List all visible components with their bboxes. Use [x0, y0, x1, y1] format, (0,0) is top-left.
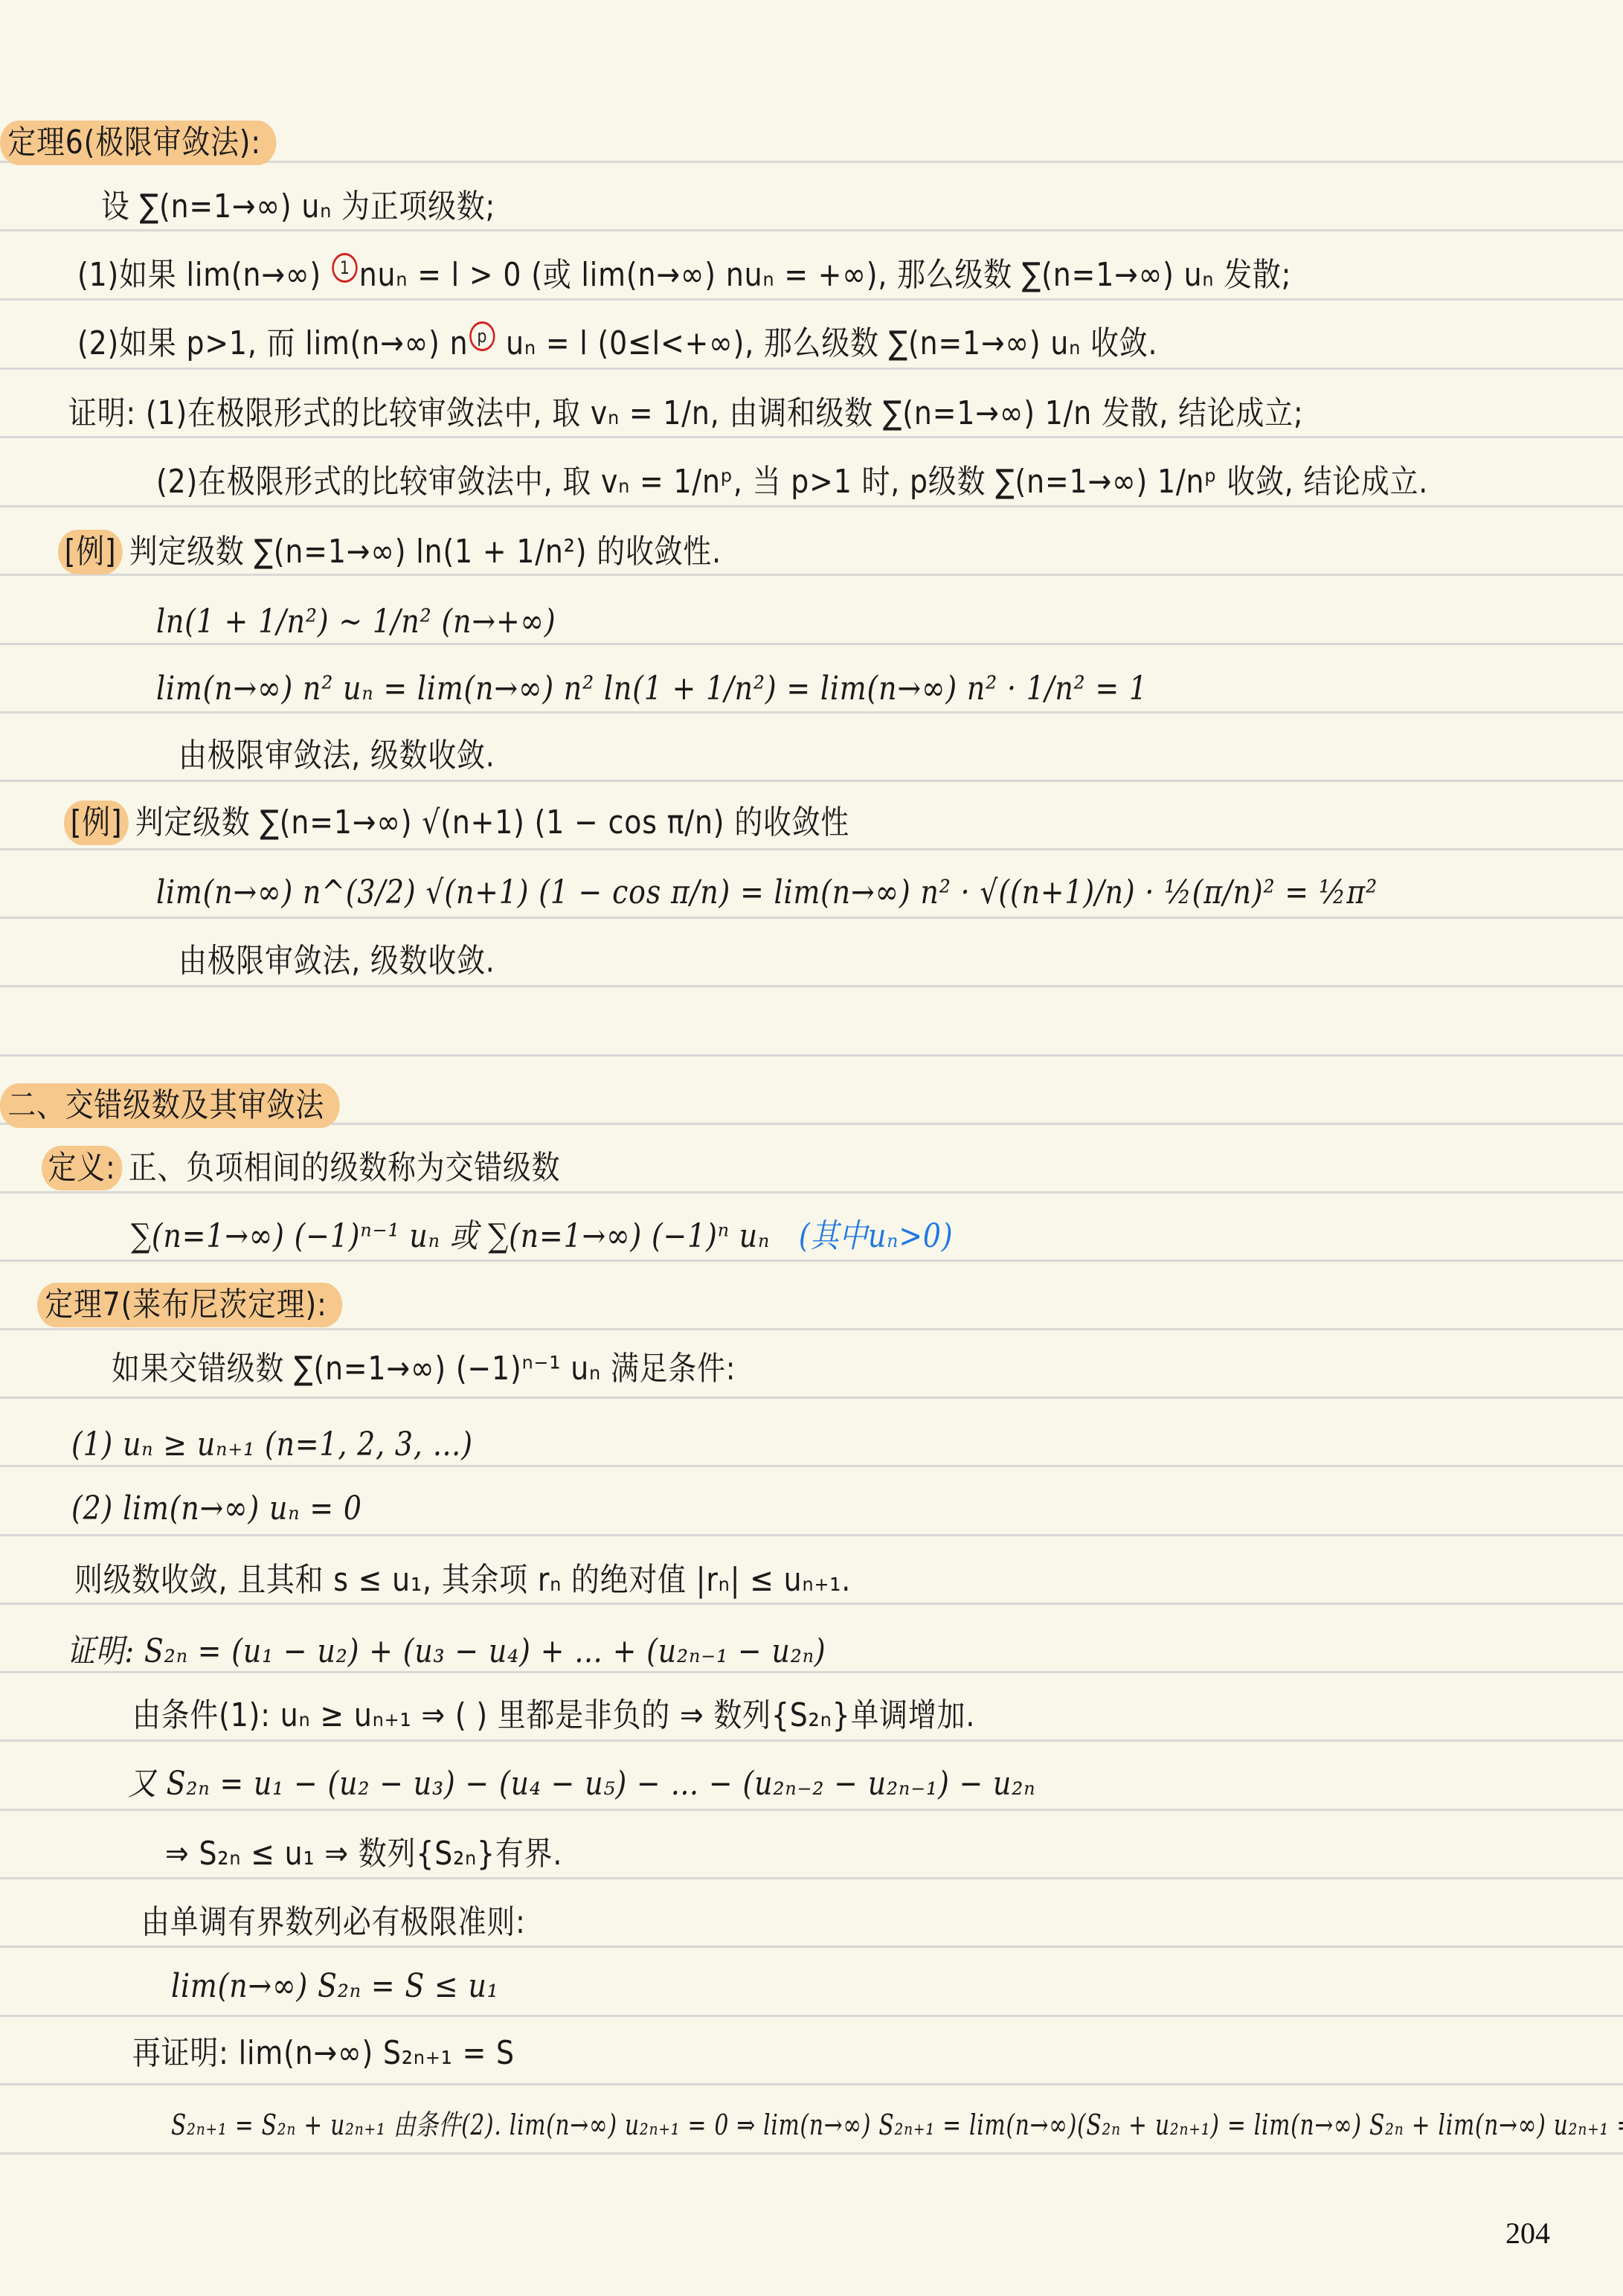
- example2-step1: lim(n→∞) n^(3/2) √(n+1) (1 − cos π/n) = …: [156, 870, 1378, 915]
- theorem7-cond1: (1) uₙ ≥ uₙ₊₁ (n=1, 2, 3, …): [71, 1423, 473, 1467]
- marker-circle-1: 1: [332, 253, 358, 283]
- rule-line: [0, 1809, 1623, 1811]
- rule-line: [0, 436, 1623, 438]
- proof-line-6: lim(n→∞) S₂ₙ = S ≤ u₁: [171, 1964, 499, 2009]
- section2-heading-line: 二、交错级数及其审敛法: [0, 1083, 346, 1128]
- rule-line: [0, 1946, 1623, 1948]
- example1-step1: ln(1 + 1/n²) ~ 1/n² (n→+∞): [156, 600, 556, 644]
- rule-line: [0, 1054, 1623, 1056]
- theorem6-case1: (1)如果 lim(n→∞) 1nuₙ = l > 0 (或 lim(n→∞) …: [77, 253, 1291, 298]
- rule-line: [0, 368, 1623, 370]
- example2-conclusion: 由极限审敛法, 级数收敛.: [179, 939, 495, 984]
- section2-forms-line: ∑(n=1→∞) (−1)ⁿ⁻¹ uₙ 或 ∑(n=1→∞) (−1)ⁿ uₙ …: [131, 1214, 954, 1259]
- rule-line: [0, 780, 1623, 782]
- rule-line: [0, 505, 1623, 507]
- example2-question-line: [例]判定级数 ∑(n=1→∞) √(n+1) (1 − cos π/n) 的收…: [64, 801, 849, 845]
- example1-question: 判定级数 ∑(n=1→∞) ln(1 + 1/n²) 的收敛性.: [129, 533, 721, 571]
- definition-text: 正、负项相间的级数称为交错级数: [129, 1149, 561, 1187]
- example1-tag: [例]: [58, 530, 123, 574]
- rule-line: [0, 1877, 1623, 1879]
- rule-line: [0, 917, 1623, 919]
- theorem7-cond2: (2) lim(n→∞) uₙ = 0: [71, 1487, 362, 1531]
- rule-line: [0, 298, 1623, 301]
- case2-prefix: (2)如果 p>1, 而 lim(n→∞) n: [77, 324, 468, 362]
- rule-line: [0, 1328, 1623, 1330]
- rule-line: [0, 2083, 1623, 2085]
- theorem6-proof2: (2)在极限形式的比较审敛法中, 取 vₙ = 1/nᵖ, 当 p>1 时, p…: [156, 460, 1428, 504]
- proof-line-7: 再证明: lim(n→∞) S₂ₙ₊₁ = S: [132, 2031, 515, 2076]
- rule-line: [0, 1534, 1623, 1536]
- case2-body: uₙ = l (0≤l<+∞), 那么级数 ∑(n=1→∞) uₙ 收敛.: [496, 324, 1157, 362]
- example2-question: 判定级数 ∑(n=1→∞) √(n+1) (1 − cos π/n) 的收敛性: [135, 804, 849, 841]
- rule-line: [0, 848, 1623, 850]
- proof-line-8: S₂ₙ₊₁ = S₂ₙ + u₂ₙ₊₁ 由条件(2). lim(n→∞) u₂ₙ…: [171, 2103, 1623, 2147]
- rule-line: [0, 2152, 1623, 2155]
- example2-tag: [例]: [64, 801, 129, 845]
- theorem6-heading-line: 定理6(极限审敛法):: [0, 121, 283, 165]
- rule-line: [0, 985, 1623, 987]
- section2-definition-line: 定义:正、负项相间的级数称为交错级数: [42, 1146, 560, 1190]
- example1-conclusion: 由极限审敛法, 级数收敛.: [179, 734, 495, 778]
- section2-heading: 二、交错级数及其审敛法: [0, 1083, 340, 1128]
- proof-line-3: 又 S₂ₙ = u₁ − (u₂ − u₃) − (u₄ − u₅) − … −…: [128, 1762, 1036, 1806]
- theorem7-conclusion: 则级数收敛, 且其和 s ≤ u₁, 其余项 rₙ 的绝对值 |rₙ| ≤ uₙ…: [74, 1558, 851, 1603]
- theorem7-heading: 定理7(莱布尼茨定理):: [37, 1283, 342, 1327]
- theorem7-premise: 如果交错级数 ∑(n=1→∞) (−1)ⁿ⁻¹ uₙ 满足条件:: [112, 1347, 736, 1391]
- marker-circle-p: p: [469, 321, 495, 351]
- case1-prefix: (1)如果 lim(n→∞): [77, 256, 331, 294]
- rule-line: [0, 229, 1623, 231]
- forms-note: (其中uₙ>0): [799, 1217, 954, 1255]
- proof-line-5: 由单调有界数列必有极限准则:: [141, 1900, 526, 1945]
- rule-line: [0, 1260, 1623, 1262]
- rule-line: [0, 2015, 1623, 2017]
- proof-line-1: 证明: S₂ₙ = (u₁ − u₂) + (u₃ − u₄) + … + (u…: [67, 1629, 826, 1674]
- example1-step2: lim(n→∞) n² uₙ = lim(n→∞) n² ln(1 + 1/n²…: [156, 667, 1148, 711]
- definition-tag: 定义:: [42, 1146, 122, 1190]
- theorem6-proof1: 证明: (1)在极限形式的比较审敛法中, 取 vₙ = 1/n, 由调和级数 ∑…: [68, 391, 1304, 436]
- alternating-forms: ∑(n=1→∞) (−1)ⁿ⁻¹ uₙ 或 ∑(n=1→∞) (−1)ⁿ uₙ: [131, 1217, 770, 1255]
- proof-line-2: 由条件(1): uₙ ≥ uₙ₊₁ ⇒ ( ) 里都是非负的 ⇒ 数列{S₂ₙ}…: [132, 1693, 975, 1738]
- rule-line: [0, 711, 1623, 714]
- theorem6-heading: 定理6(极限审敛法):: [0, 121, 277, 165]
- example1-question-line: [例]判定级数 ∑(n=1→∞) ln(1 + 1/n²) 的收敛性.: [58, 530, 721, 574]
- rule-line: [0, 1191, 1623, 1193]
- theorem7-heading-line: 定理7(莱布尼茨定理):: [37, 1283, 349, 1327]
- case1-body: nuₙ = l > 0 (或 lim(n→∞) nuₙ = +∞), 那么级数 …: [359, 256, 1292, 294]
- rule-line: [0, 1603, 1623, 1605]
- theorem6-case2: (2)如果 p>1, 而 lim(n→∞) np uₙ = l (0≤l<+∞)…: [77, 321, 1157, 366]
- proof-line-4: ⇒ S₂ₙ ≤ u₁ ⇒ 数列{S₂ₙ}有界.: [165, 1832, 562, 1876]
- page-number: 204: [1505, 2216, 1550, 2251]
- rule-line: [0, 1396, 1623, 1399]
- theorem6-premise: 设 ∑(n=1→∞) uₙ 为正项级数;: [101, 185, 495, 229]
- rule-line: [0, 1739, 1623, 1742]
